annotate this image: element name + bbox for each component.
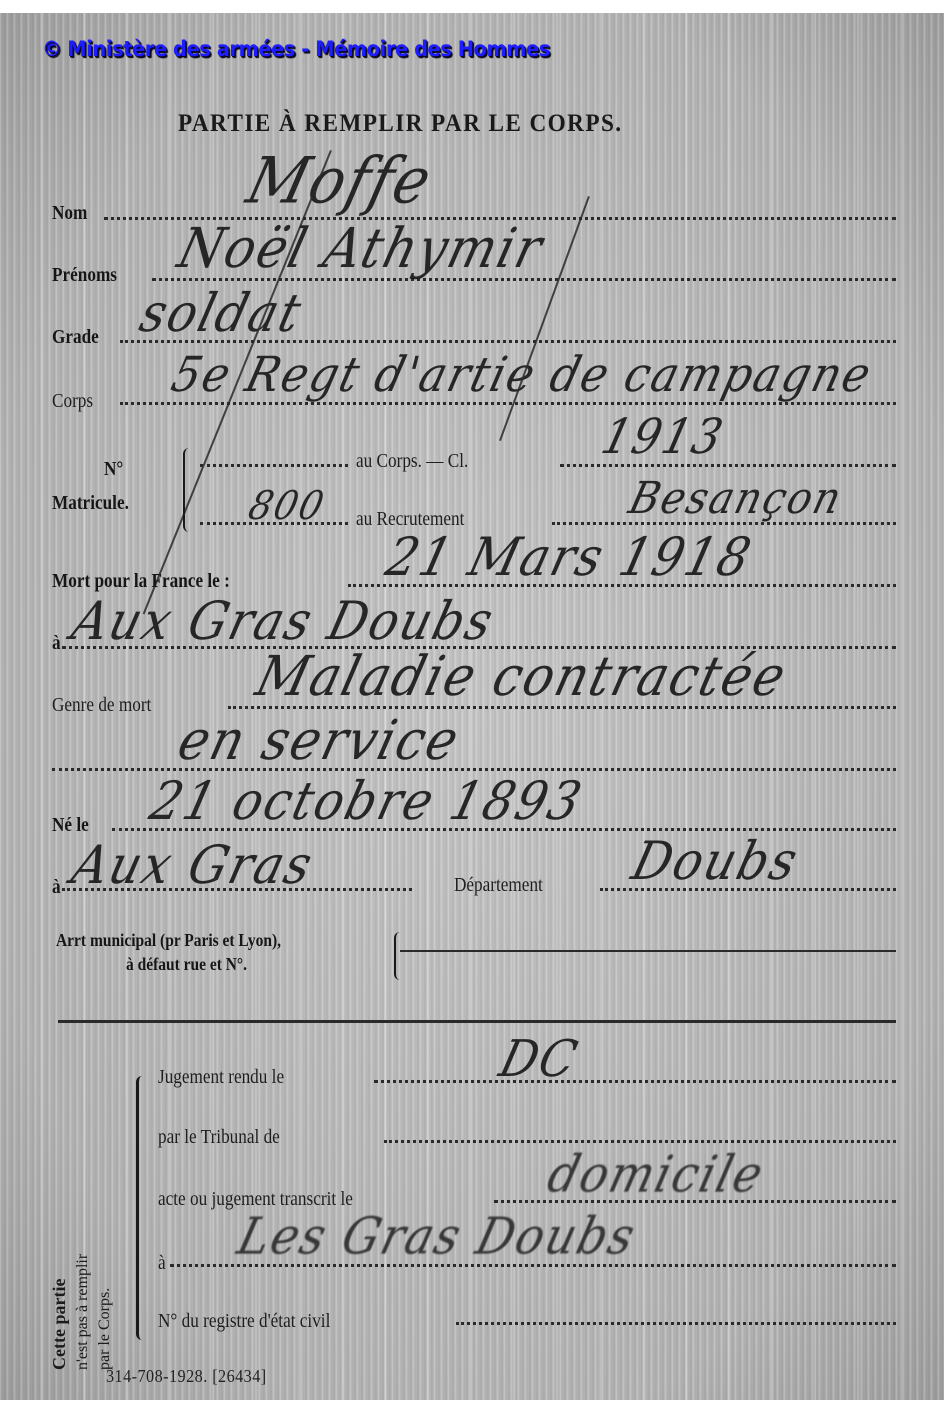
value-transcrit: domicile xyxy=(542,1145,771,1204)
value-recrutement-no: 800 xyxy=(244,484,330,529)
line-jugement-rendu xyxy=(374,1080,896,1083)
value-prenoms: Noël Athymir xyxy=(172,216,550,280)
label-tribunal: par le Tribunal de xyxy=(158,1126,280,1149)
label-arrondissement-2: à défaut rue et N°. xyxy=(126,954,247,975)
value-mort-le: 21 Mars 1918 xyxy=(380,526,758,588)
copyright-watermark: © Ministère des armées - Mémoire des Hom… xyxy=(42,37,550,61)
label-corps: Corps xyxy=(52,390,93,413)
form-title: PARTIE À REMPLIR PAR LE CORPS. xyxy=(178,110,622,138)
side-note-line-2: n'est pas à remplir xyxy=(74,1254,92,1370)
label-matricule: Matricule. xyxy=(52,492,129,515)
value-ne-le: 21 octobre 1893 xyxy=(144,770,589,832)
value-departement: Doubs xyxy=(626,830,805,892)
side-note-not-for-corps: Cette partie n'est pas à remplir par le … xyxy=(52,1110,122,1370)
side-note-line-1: Cette partie xyxy=(49,1279,70,1370)
label-au-corps: au Corps. — Cl. xyxy=(356,450,468,473)
line-registre xyxy=(456,1322,896,1325)
label-matricule-no: N° xyxy=(104,458,123,481)
label-grade: Grade xyxy=(52,326,99,349)
label-nom: Nom xyxy=(52,202,87,225)
value-genre-de-mort-1: Maladie contractée xyxy=(250,644,794,708)
value-classe: 1913 xyxy=(596,409,730,465)
arrondissement-brace xyxy=(394,932,406,980)
label-ne-a: à xyxy=(52,876,61,899)
line-au-corps xyxy=(200,464,348,467)
line-tribunal xyxy=(384,1140,896,1143)
label-arrondissement-1: Arrt municipal (pr Paris et Lyon), xyxy=(56,930,281,951)
matricule-brace xyxy=(183,448,195,532)
value-mort-a: Aux Gras Doubs xyxy=(66,590,501,652)
value-recrutement: Besançon xyxy=(624,473,848,524)
label-departement: Département xyxy=(454,874,543,897)
jugement-brace xyxy=(136,1076,149,1340)
value-jugement-rendu: DC xyxy=(494,1029,585,1088)
label-transcrit-a: à xyxy=(158,1252,166,1275)
value-nom: Moffe xyxy=(240,143,440,218)
value-ne-a: Aux Gras xyxy=(66,834,320,896)
label-mort-a: à xyxy=(52,632,61,655)
label-registre: N° du registre d'état civil xyxy=(158,1310,330,1333)
label-genre-de-mort: Genre de mort xyxy=(52,694,151,717)
line-arrondissement xyxy=(400,950,896,952)
side-note-line-3: par le Corps. xyxy=(96,1288,114,1370)
label-jugement-rendu: Jugement rendu le xyxy=(158,1066,284,1089)
value-transcrit-a: Les Gras Doubs xyxy=(232,1207,642,1266)
section-divider xyxy=(58,1020,896,1023)
form-reference-code: 314-708-1928. [26434] xyxy=(106,1366,267,1387)
value-genre-de-mort-2: en service xyxy=(172,708,467,772)
label-prenoms: Prénoms xyxy=(52,264,117,287)
value-grade: soldat xyxy=(134,282,309,344)
